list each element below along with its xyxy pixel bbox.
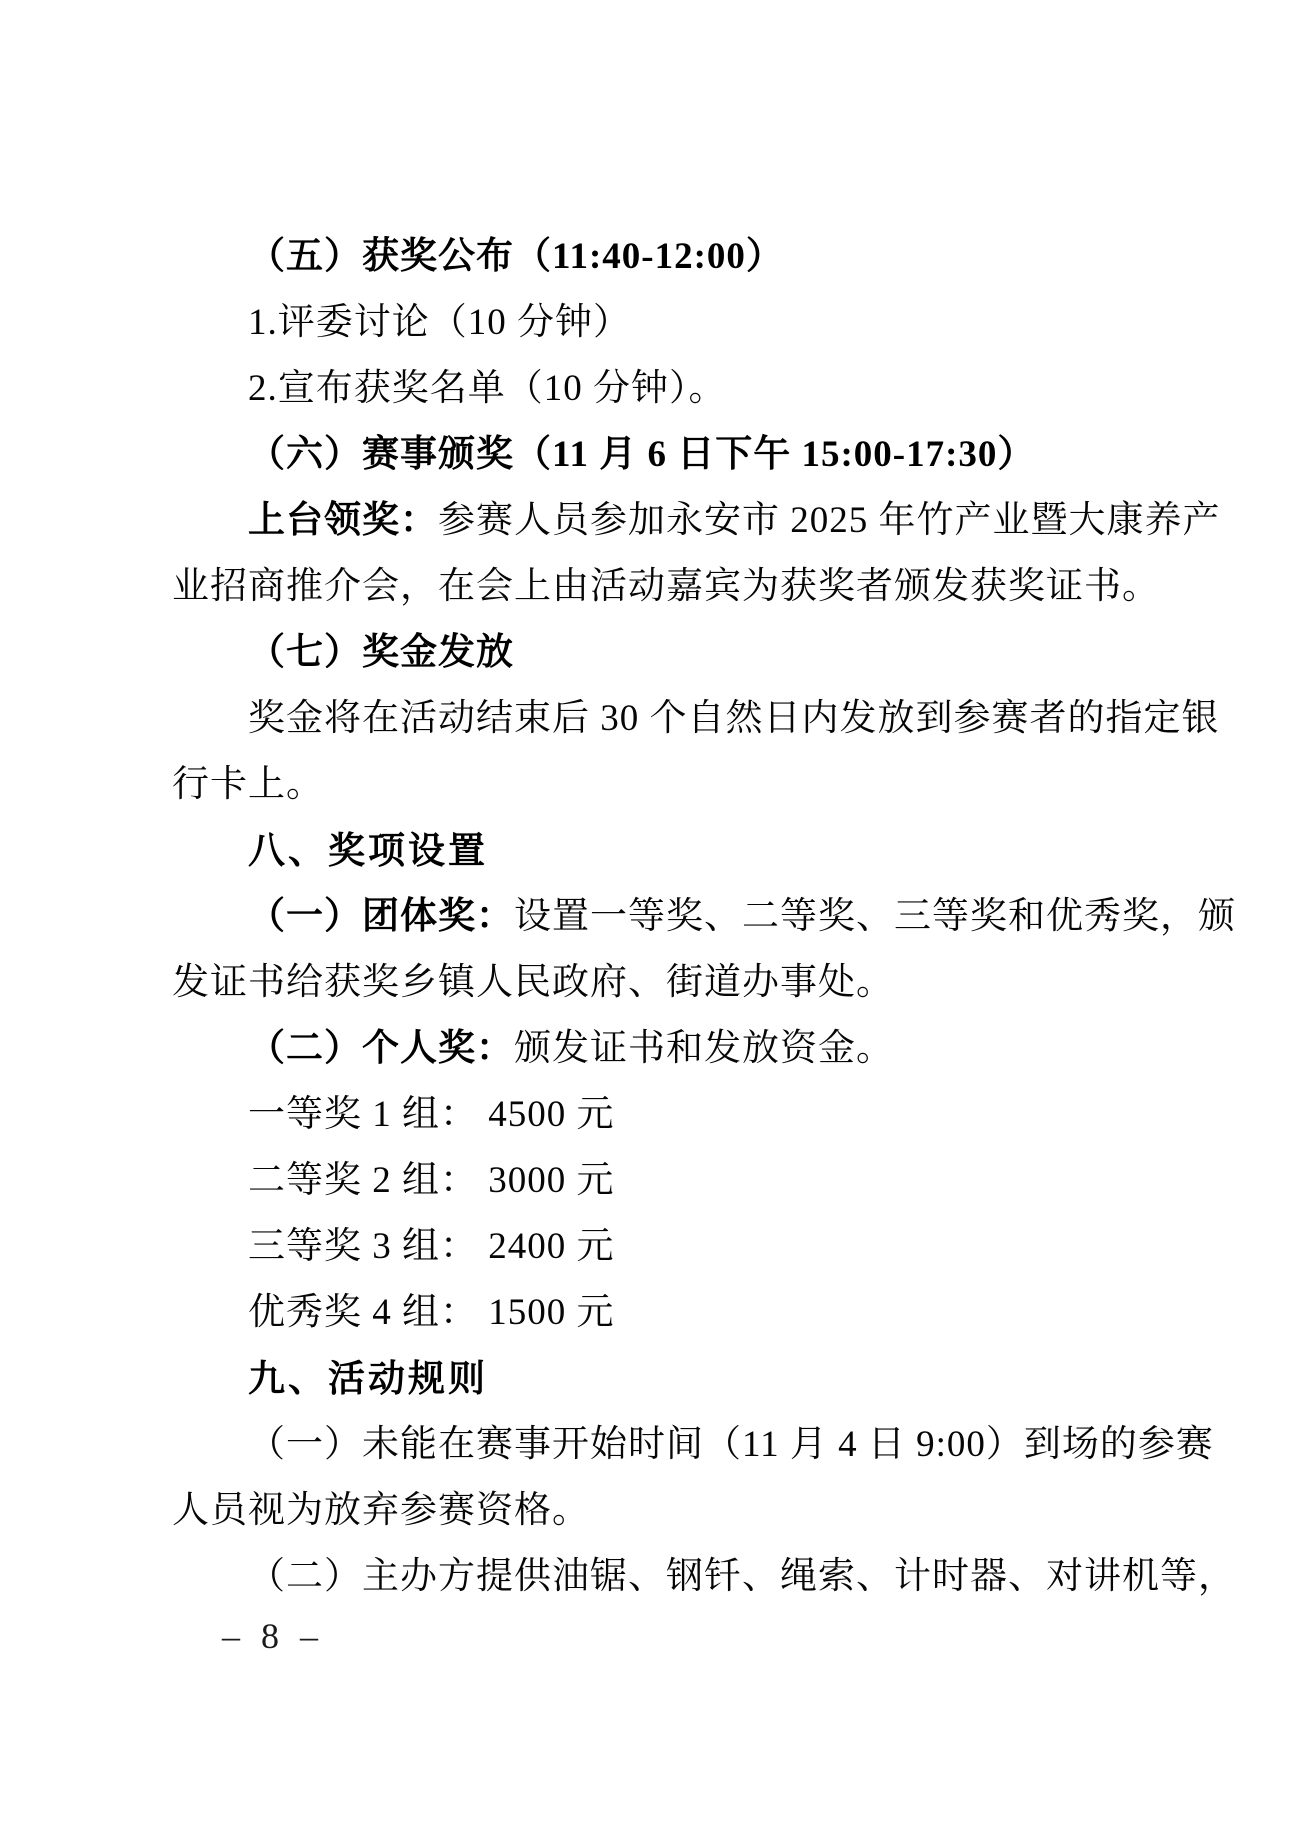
paragraph-text: 颁发证书和发放资金。 [514,1028,894,1069]
paragraph-bold-lead: 上台领奖： [248,500,438,541]
paragraph-team-award-line-2: 发证书给获奖乡镇人民政府、街道办事处。 [172,950,1140,1016]
document-body: （五）获奖公布（11:40-12:00） 1.评委讨论（10 分钟） 2.宣布获… [172,224,1140,1610]
paragraph-text: 业招商推介会，在会上由活动嘉宾为获奖者颁发获奖证书。 [172,566,1160,607]
heading-section-5: （五）获奖公布（11:40-12:00） [172,224,1140,290]
paragraph-rule-2-line-1: （二）主办方提供油锯、钢钎、绳索、计时器、对讲机等， [172,1544,1140,1610]
prize-text: 二等奖 2 组： 3000 元 [248,1160,615,1201]
paragraph-team-award-line-1: （一）团体奖：设置一等奖、二等奖、三等奖和优秀奖，颁 [172,884,1140,950]
heading-chapter-8: 八、奖项设置 [172,818,1140,884]
heading-text: （六）赛事颁奖（11 月 6 日下午 15:00-17:30） [248,434,1035,475]
paragraph-prize-payment-line-1: 奖金将在活动结束后 30 个自然日内发放到参赛者的指定银 [172,686,1140,752]
prize-text: 一等奖 1 组： 4500 元 [248,1094,615,1135]
paragraph-prize-payment-line-2: 行卡上。 [172,752,1140,818]
prize-line-first: 一等奖 1 组： 4500 元 [172,1082,1140,1148]
heading-text: 九、活动规则 [248,1358,488,1399]
heading-chapter-9: 九、活动规则 [172,1346,1140,1412]
paragraph-text: 行卡上。 [172,764,324,805]
paragraph-rule-1-line-1: （一）未能在赛事开始时间（11 月 4 日 9:00）到场的参赛 [172,1412,1140,1478]
paragraph-text: 人员视为放弃参赛资格。 [172,1490,590,1531]
paragraph-bold-lead: （一）团体奖： [248,896,514,937]
heading-section-7: （七）奖金发放 [172,620,1140,686]
paragraph-text: 发证书给获奖乡镇人民政府、街道办事处。 [172,962,894,1003]
list-item-text: 1.评委讨论（10 分钟） [248,302,631,343]
list-item-1: 1.评委讨论（10 分钟） [172,290,1140,356]
prize-line-excellence: 优秀奖 4 组： 1500 元 [172,1280,1140,1346]
document-page: （五）获奖公布（11:40-12:00） 1.评委讨论（10 分钟） 2.宣布获… [0,0,1303,1844]
prize-line-third: 三等奖 3 组： 2400 元 [172,1214,1140,1280]
paragraph-text: 参赛人员参加永安市 2025 年竹产业暨大康养产 [438,500,1221,541]
paragraph-award-ceremony-line-2: 业招商推介会，在会上由活动嘉宾为获奖者颁发获奖证书。 [172,554,1140,620]
prize-line-second: 二等奖 2 组： 3000 元 [172,1148,1140,1214]
list-item-text: 2.宣布获奖名单（10 分钟）。 [248,368,727,409]
paragraph-individual-award: （二）个人奖：颁发证书和发放资金。 [172,1016,1140,1082]
paragraph-rule-1-line-2: 人员视为放弃参赛资格。 [172,1478,1140,1544]
paragraph-text: 奖金将在活动结束后 30 个自然日内发放到参赛者的指定银 [248,698,1220,739]
paragraph-text: 设置一等奖、二等奖、三等奖和优秀奖，颁 [514,896,1236,937]
paragraph-bold-lead: （二）个人奖： [248,1028,514,1069]
heading-text: （七）奖金发放 [248,632,514,673]
prize-text: 优秀奖 4 组： 1500 元 [248,1292,615,1333]
paragraph-award-ceremony-line-1: 上台领奖：参赛人员参加永安市 2025 年竹产业暨大康养产 [172,488,1140,554]
heading-text: 八、奖项设置 [248,830,488,871]
paragraph-text: （一）未能在赛事开始时间（11 月 4 日 9:00）到场的参赛 [248,1424,1214,1465]
paragraph-text: （二）主办方提供油锯、钢钎、绳索、计时器、对讲机等， [248,1556,1236,1597]
page-number: – 8 – [222,1608,324,1664]
prize-text: 三等奖 3 组： 2400 元 [248,1226,615,1267]
heading-text: （五）获奖公布（11:40-12:00） [248,236,784,277]
list-item-2: 2.宣布获奖名单（10 分钟）。 [172,356,1140,422]
heading-section-6: （六）赛事颁奖（11 月 6 日下午 15:00-17:30） [172,422,1140,488]
